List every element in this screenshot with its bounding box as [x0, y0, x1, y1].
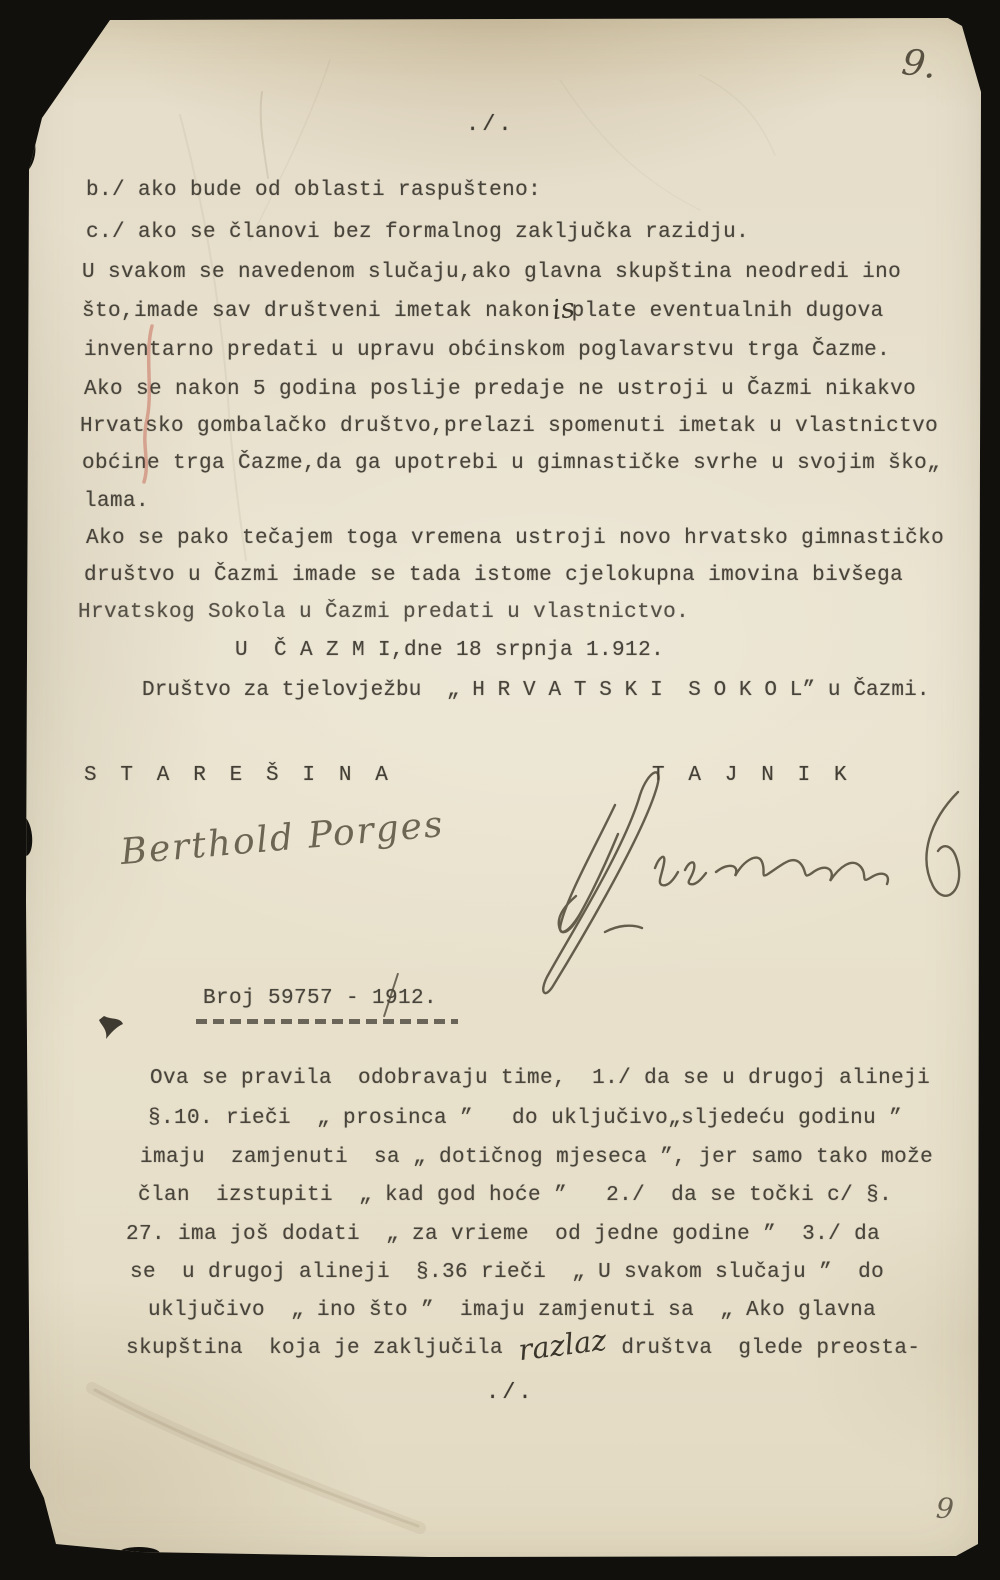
ink-blot — [99, 1016, 123, 1039]
tajnik-heading: T A J N I K — [652, 765, 852, 786]
dashed-underline — [196, 1019, 458, 1024]
crease-line — [700, 75, 775, 155]
typed-line: 27. ima još dodati „ za vrieme od jedne … — [126, 1224, 880, 1245]
typed-line: §.10. rieči „ prosinca ” do uključivo„sl… — [148, 1108, 902, 1129]
typed-line: Hrvatskog Sokola u Čazmi predati u vlast… — [78, 602, 689, 623]
typed-line: član izstupiti „ kad god hoće ” 2./ da s… — [138, 1185, 892, 1206]
handwritten-word: razlaz — [519, 1340, 607, 1351]
paper-edge-tear — [14, 815, 34, 856]
staresina-signature: Berthold Porges — [119, 804, 446, 873]
registry-number-line: Broj 59757 - 1912. — [203, 988, 437, 1009]
scan-background: 9. ./. b./ ako bude od oblasti raspušten… — [0, 0, 1000, 1580]
document-page: 9. ./. b./ ako bude od oblasti raspušten… — [0, 0, 1000, 1580]
tajnik-signature — [520, 760, 990, 1030]
typed-line: društvo u Čazmi imade se tada istome cje… — [84, 565, 903, 586]
society-line: Društvo za tjelovježbu „ H R V A T S K I… — [142, 680, 930, 701]
typed-segment: što,imade sav društveni imetak nakon — [82, 300, 550, 323]
paper-edge-tear — [118, 1547, 160, 1560]
typed-line: imaju zamjenuti sa „ dotičnog mjeseca ”,… — [140, 1147, 933, 1168]
typed-line: lama. — [84, 491, 149, 512]
staresina-heading: S T A R E Š I N A — [84, 765, 393, 786]
typed-line: se u drugoj alineji §.36 rieči „ U svako… — [130, 1262, 884, 1283]
typed-segment: skupština koja je zaključila — [126, 1337, 516, 1360]
typed-line: Ova se pravila odobravaju time, 1./ da s… — [150, 1068, 930, 1089]
typed-line: Hrvatsko gombalačko društvo,prelazi spom… — [80, 416, 938, 437]
typed-line-with-correction: skupština koja je zaključila razlaz druš… — [126, 1338, 920, 1359]
crease-line — [261, 92, 268, 178]
typed-segment: društva glede preosta- — [608, 1337, 920, 1360]
handwritten-page-number-top: 9. — [899, 42, 939, 87]
crease-line — [560, 80, 700, 210]
typed-line: Ako se pako tečajem toga vremena ustroji… — [86, 528, 944, 549]
stain-streak — [92, 1388, 420, 1528]
crease-line — [250, 60, 330, 240]
dateline: U Č A Z M I,dne 18 srpnja 1.912. — [235, 640, 664, 661]
typed-line-with-correction: što,imade sav društveni imetak nakonispl… — [82, 301, 884, 322]
typed-line: Ako se nakon 5 godina poslije predaje ne… — [84, 379, 916, 400]
handwritten-correction: is — [552, 309, 574, 312]
typed-line: b./ ako bude od oblasti raspušteno: — [86, 180, 541, 201]
paper-edge-tear — [15, 135, 38, 173]
typed-line: c./ ako se članovi bez formalnog zaključ… — [86, 222, 749, 243]
separator-bottom: ./. — [486, 1382, 535, 1404]
handwritten-page-number-bottom: 9 — [935, 1492, 955, 1526]
typed-line: uključivo „ ino što ” imaju zamjenuti sa… — [148, 1300, 876, 1321]
typed-line: inventarno predati u upravu obćinskom po… — [84, 340, 890, 361]
typed-line: U svakom se navedenom slučaju,ako glavna… — [82, 262, 901, 283]
typed-line: obćine trga Čazme,da ga upotrebi u gimna… — [82, 453, 940, 474]
typed-segment: plate eventualnih dugova — [572, 300, 884, 323]
separator-top: ./. — [466, 114, 515, 136]
stain-streak — [95, 1390, 418, 1526]
